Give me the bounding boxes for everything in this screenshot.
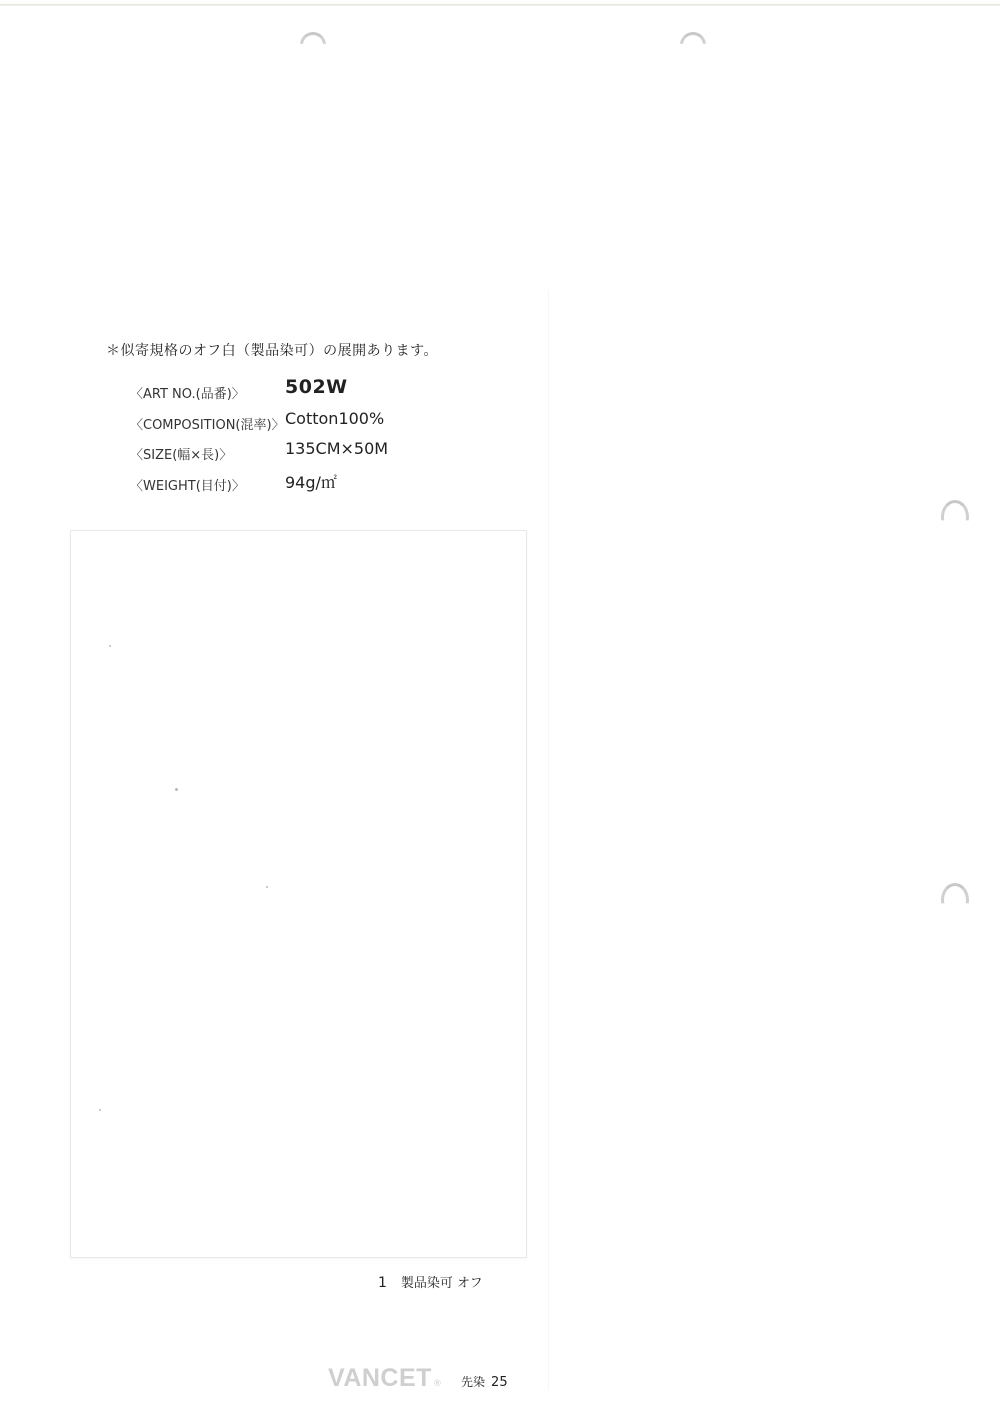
spec-label: 〈WEIGHT(目付)〉 [130, 475, 245, 494]
binder-hole-top-left [300, 32, 326, 58]
spec-value-composition: Cotton100% [285, 409, 384, 428]
spec-value-size: 135CM×50M [285, 439, 388, 458]
swatch-caption-1: 1製品染可 オフ [378, 1272, 483, 1291]
fabric-speck [99, 1109, 101, 1111]
fabric-speck [175, 788, 178, 791]
swatch-label: 製品染可 オフ [401, 1276, 483, 1291]
brand-logo: VANCET [328, 1364, 432, 1393]
spec-value-weight: 94g/㎡ [285, 470, 337, 493]
page-top-edge [0, 4, 1000, 6]
binder-hole-right-lower [941, 883, 969, 917]
variant-notice: ＊似寄規格のオフ白（製品染可）の展開あります。 [106, 340, 438, 360]
binder-hole-top-right [680, 32, 706, 58]
fabric-speck [109, 645, 111, 647]
page-number: 25 [491, 1375, 508, 1390]
page-fold-line [548, 290, 549, 1390]
spec-label: 〈SIZE(幅×長)〉 [130, 444, 232, 463]
binder-hole-right-upper [941, 500, 969, 534]
fabric-speck [266, 886, 268, 888]
spec-label: 〈COMPOSITION(混率)〉 [130, 414, 285, 433]
registered-mark: ® [433, 1379, 442, 1389]
fabric-swatch-1 [70, 530, 527, 1258]
spec-value-art-no: 502W [285, 376, 348, 398]
page-footer: VANCET® 先染25 [328, 1364, 508, 1393]
spec-label: 〈ART NO.(品番)〉 [130, 383, 245, 402]
section-label: 先染 [461, 1373, 485, 1390]
swatch-number: 1 [378, 1275, 387, 1291]
